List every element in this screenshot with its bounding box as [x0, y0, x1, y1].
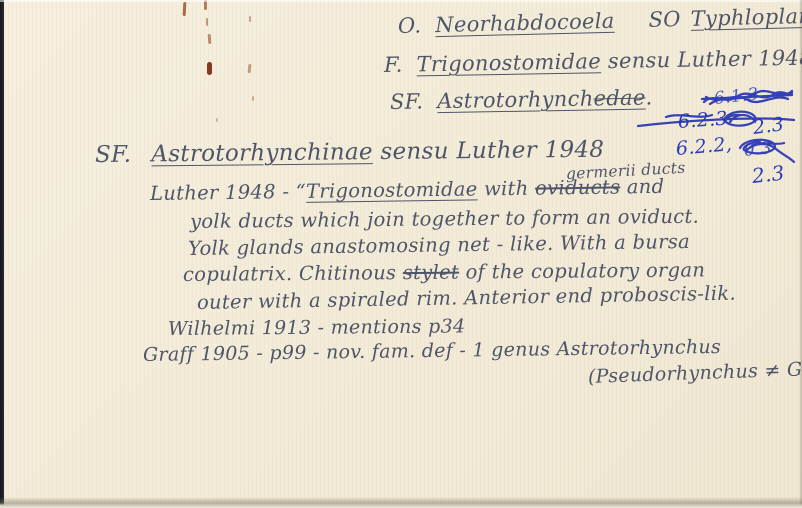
quote-line-3: Yolk glands anastomosing net - like. Wit… — [188, 230, 690, 260]
quote-line-5: outer with a spiraled rim. Anterior end … — [197, 282, 736, 314]
rust-stain — [216, 118, 218, 122]
title-sensu: sensu Luther 1948 — [380, 137, 604, 165]
rust-stain — [207, 62, 212, 75]
quote-struck-oviducts: oviducts — [535, 175, 621, 199]
quote-line4-post: of the copulatory organ — [459, 258, 705, 283]
quote-line4-pre: copulatrix. Chitinous — [183, 261, 403, 286]
rust-stain — [208, 34, 212, 44]
rust-stain — [206, 18, 208, 26]
quote-struck-stylet: stylet — [403, 261, 459, 284]
family-sensu: sensu Luther 1948 — [608, 46, 802, 74]
card-left-edge — [0, 0, 4, 508]
quote-mid: with — [477, 177, 535, 201]
suborder-rank-label: SO — [648, 7, 681, 32]
card-bottom-edge — [0, 497, 802, 508]
rust-stain — [248, 64, 252, 73]
suborder-name: Typhloplanoida — [690, 3, 802, 31]
reference-wilhelmi: Wilhelmi 1913 - mentions p34 — [168, 315, 465, 340]
rust-stain — [252, 96, 254, 101]
index-card: O.NeorhabdocoelaSOTyphloplanoida F.Trigo… — [0, 0, 802, 508]
rust-stain — [249, 16, 251, 22]
title-rank-label: SF. — [95, 142, 132, 168]
order-rank-label: O. — [398, 13, 422, 38]
reference-graff: Graff 1905 - p99 - nov. fam. def - 1 gen… — [143, 336, 721, 366]
quote-line-2: yolk ducts which join together to form a… — [190, 205, 699, 233]
quote-after: and — [620, 175, 664, 199]
rust-stain — [183, 2, 187, 16]
order-name: Neorhabdocoela — [435, 9, 615, 37]
subfamily-rank-label: SF. — [390, 89, 424, 114]
quote-intro: Luther 1948 - “ — [150, 180, 306, 205]
family-name: Trigonostomidae — [416, 49, 601, 76]
family-rank-label: F. — [384, 53, 403, 77]
ink-scribble-row2 — [636, 106, 796, 136]
ink-scribble-row3 — [734, 134, 798, 164]
code-row3: 6.2.2, — [675, 133, 733, 160]
order-line: O.NeorhabdocoelaSOTyphloplanoida — [398, 3, 802, 38]
subfamily-line: SF.Astrotorhynchedae. — [390, 85, 653, 114]
quote-line-1: Luther 1948 - “Trigonostomidae with ovid… — [150, 175, 665, 205]
reference-graff-synonym: (Pseudorhynchus ≠ Graff) — [588, 357, 802, 388]
card-title: SF.Astrotorhynchinae sensu Luther 1948 — [95, 137, 605, 168]
quote-line-4: copulatrix. Chitinous stylet of the copu… — [183, 258, 705, 286]
quote-family-name: Trigonostomidae — [306, 177, 478, 202]
card-top-edge — [0, 0, 802, 2]
subfamily-name: Astrotorhynch — [437, 86, 594, 113]
title-name: Astrotorhynchinae — [151, 139, 373, 167]
code-row4: 2.3 — [751, 161, 786, 188]
family-line: F.Trigonostomidae sensu Luther 1948 — [384, 46, 802, 77]
